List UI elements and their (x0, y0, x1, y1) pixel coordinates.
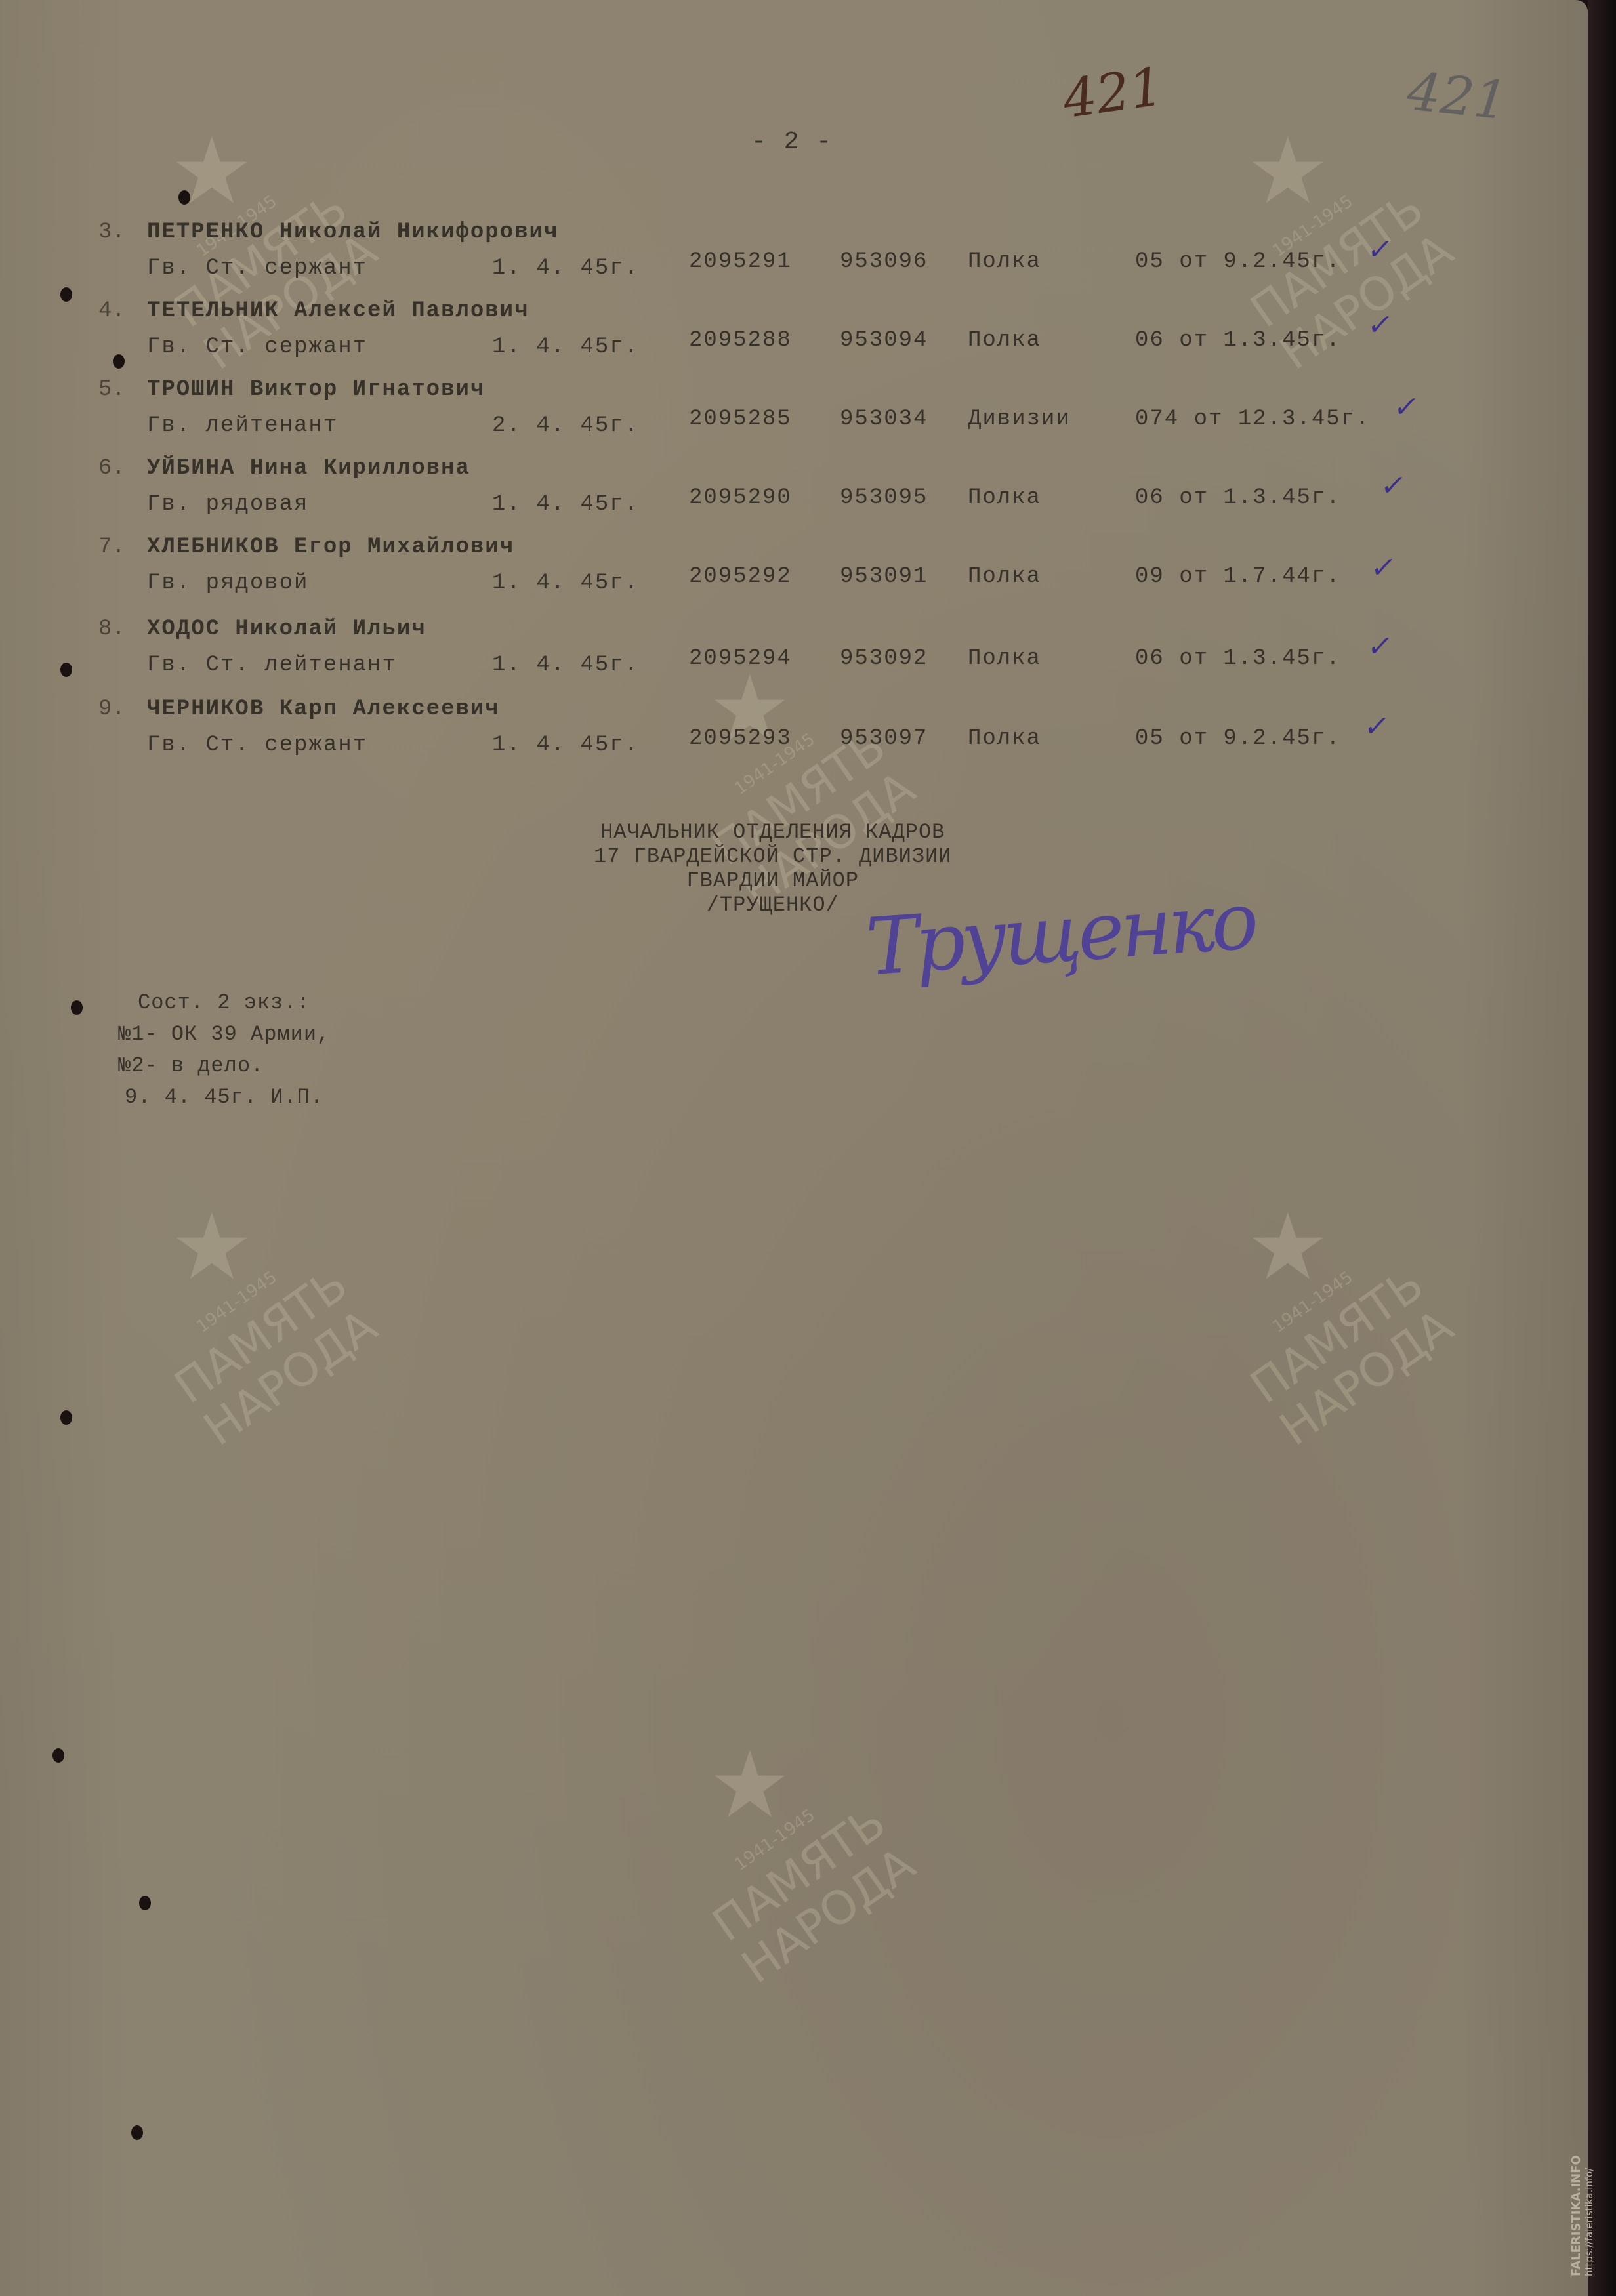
entry-name: ХЛЕБНИКОВ Егор Михайлович (147, 535, 514, 560)
checkmark-icon: ✓ (1365, 233, 1396, 266)
star-icon: ★ (1247, 118, 1329, 225)
entry-medal-number: 953097 (840, 726, 928, 751)
star-icon: ★ (709, 1732, 791, 1839)
entry-date: 1. 4. 45г. (492, 492, 639, 517)
star-icon: ★ (171, 1194, 253, 1301)
entry-certificate-number: 2095294 (689, 646, 792, 671)
punch-hole (60, 1410, 72, 1425)
entry-order-reference: 06 от 1.3.45г. (1135, 646, 1341, 671)
entry-name: ХОДОС Николай Ильич (147, 617, 426, 642)
punch-hole (71, 1000, 83, 1015)
entry-order-reference: 06 от 1.3.45г. (1135, 328, 1341, 353)
checkmark-icon: ✓ (1365, 308, 1396, 342)
entry-order-level: Полка (968, 726, 1041, 751)
entry-certificate-number: 2095285 (689, 407, 792, 432)
prepared-date-initials: 9. 4. 45г. И.П. (118, 1082, 330, 1113)
entry-date: 2. 4. 45г. (492, 413, 639, 438)
entry-certificate-number: 2095292 (689, 564, 792, 589)
signatory-rank: ГВАРДИИ МАЙОР (594, 869, 951, 893)
signatory-title: НАЧАЛЬНИК ОТДЕЛЕНИЯ КАДРОВ (594, 820, 951, 844)
entry-medal-number: 953094 (840, 328, 928, 353)
entry-number: 4. (98, 298, 125, 323)
entry-name: ЧЕРНИКОВ Карп Алексеевич (147, 697, 500, 722)
entry-name: ПЕТРЕНКО Николай Никифорович (147, 220, 558, 245)
checkmark-icon: ✓ (1365, 630, 1396, 663)
entry-rank: Гв. Ст. сержант (147, 335, 367, 359)
entry-medal-number: 953095 (840, 485, 928, 510)
award-entry: 8. ХОДОС Николай Ильич Гв. Ст. лейтенант… (0, 617, 1588, 689)
entry-rank: Гв. Ст. сержант (147, 256, 367, 281)
entry-certificate-number: 2095293 (689, 726, 792, 751)
award-entry: 9. ЧЕРНИКОВ Карп Алексеевич Гв. Ст. серж… (0, 697, 1588, 769)
award-entry: 4. ТЕТЕЛЬНИК Алексей Павлович Гв. Ст. се… (0, 298, 1588, 371)
entry-medal-number: 953096 (840, 249, 928, 274)
entry-rank: Гв. Ст. сержант (147, 733, 367, 758)
award-entry: 6. УЙБИНА Нина Кирилловна Гв. рядовая 1.… (0, 456, 1588, 528)
signatory-unit: 17 ГВАРДЕЙСКОЙ СТР. ДИВИЗИИ (594, 844, 951, 869)
entry-medal-number: 953034 (840, 407, 928, 432)
copy-2-recipient: №2- в дело. (118, 1050, 330, 1082)
copy-1-recipient: №1- ОК 39 Армии, (118, 1019, 330, 1050)
entry-order-level: Полка (968, 249, 1041, 274)
entry-medal-number: 953092 (840, 646, 928, 671)
entry-name: УЙБИНА Нина Кирилловна (147, 456, 470, 481)
entry-date: 1. 4. 45г. (492, 571, 639, 596)
entry-date: 1. 4. 45г. (492, 256, 639, 281)
watermark: ★ 1941-1945 ПАМЯТЬНАРОДА (689, 1732, 964, 2007)
page-number: - 2 - (751, 128, 833, 156)
entry-rank: Гв. Ст. лейтенант (147, 653, 397, 678)
distribution-note: Сост. 2 экз.: №1- ОК 39 Армии, №2- в дел… (118, 987, 330, 1113)
checkmark-icon: ✓ (1362, 710, 1392, 743)
entry-certificate-number: 2095291 (689, 249, 792, 274)
entry-order-level: Полка (968, 646, 1041, 671)
source-credit: FALERISTIKA.INFO https://faleristika.inf… (1569, 2155, 1595, 2276)
entry-order-level: Полка (968, 328, 1041, 353)
watermark: ★ 1941-1945 ПАМЯТЬНАРОДА (1227, 1194, 1502, 1469)
punch-hole (131, 2125, 143, 2140)
entry-certificate-number: 2095290 (689, 485, 792, 510)
entry-number: 9. (98, 697, 125, 722)
entry-order-level: Полка (968, 485, 1041, 510)
checkmark-icon: ✓ (1392, 390, 1422, 424)
entry-order-reference: 09 от 1.7.44г. (1135, 564, 1341, 589)
entry-order-level: Дивизии (968, 407, 1071, 432)
punch-hole (139, 1896, 151, 1910)
source-url: https://faleristika.info/ (1583, 2155, 1595, 2276)
star-icon: ★ (171, 118, 253, 225)
entry-order-reference: 05 от 9.2.45г. (1135, 726, 1341, 751)
entry-date: 1. 4. 45г. (492, 653, 639, 678)
entry-order-reference: 06 от 1.3.45г. (1135, 485, 1341, 510)
entry-medal-number: 953091 (840, 564, 928, 589)
punch-hole (178, 190, 190, 205)
scan-edge-border (1588, 0, 1616, 2296)
entry-rank: Гв. лейтенант (147, 413, 338, 438)
handwritten-archive-number: 421 (1059, 56, 1167, 130)
entry-certificate-number: 2095288 (689, 328, 792, 353)
handwritten-archive-number: 421 (1405, 60, 1511, 131)
entry-number: 3. (98, 220, 125, 245)
document-page: ★ 1941-1945 ПАМЯТЬНАРОДА ★ 1941-1945 ПАМ… (0, 0, 1588, 2296)
checkmark-icon: ✓ (1378, 469, 1409, 502)
entry-order-reference: 074 от 12.3.45г. (1135, 407, 1370, 432)
entry-rank: Гв. рядовая (147, 492, 308, 517)
star-icon: ★ (1247, 1194, 1329, 1301)
watermark: ★ 1941-1945 ПАМЯТЬНАРОДА (151, 1194, 426, 1469)
punch-hole (52, 1748, 64, 1763)
entry-number: 8. (98, 617, 125, 642)
entry-rank: Гв. рядовой (147, 571, 308, 596)
award-entry: 7. ХЛЕБНИКОВ Егор Михайлович Гв. рядовой… (0, 535, 1588, 607)
checkmark-icon: ✓ (1369, 551, 1399, 584)
copies-count: Сост. 2 экз.: (118, 987, 330, 1019)
entry-number: 6. (98, 456, 125, 481)
source-brand: FALERISTIKA.INFO (1569, 2155, 1583, 2276)
entry-name: ТРОШИН Виктор Игнатович (147, 377, 485, 402)
award-entry: 3. ПЕТРЕНКО Николай Никифорович Гв. Ст. … (0, 220, 1588, 292)
award-entry: 5. ТРОШИН Виктор Игнатович Гв. лейтенант… (0, 377, 1588, 449)
entry-order-level: Полка (968, 564, 1041, 589)
entry-date: 1. 4. 45г. (492, 335, 639, 359)
entry-number: 7. (98, 535, 125, 560)
entry-order-reference: 05 от 9.2.45г. (1135, 249, 1341, 274)
entry-name: ТЕТЕЛЬНИК Алексей Павлович (147, 298, 529, 323)
entry-date: 1. 4. 45г. (492, 733, 639, 758)
entry-number: 5. (98, 377, 125, 402)
